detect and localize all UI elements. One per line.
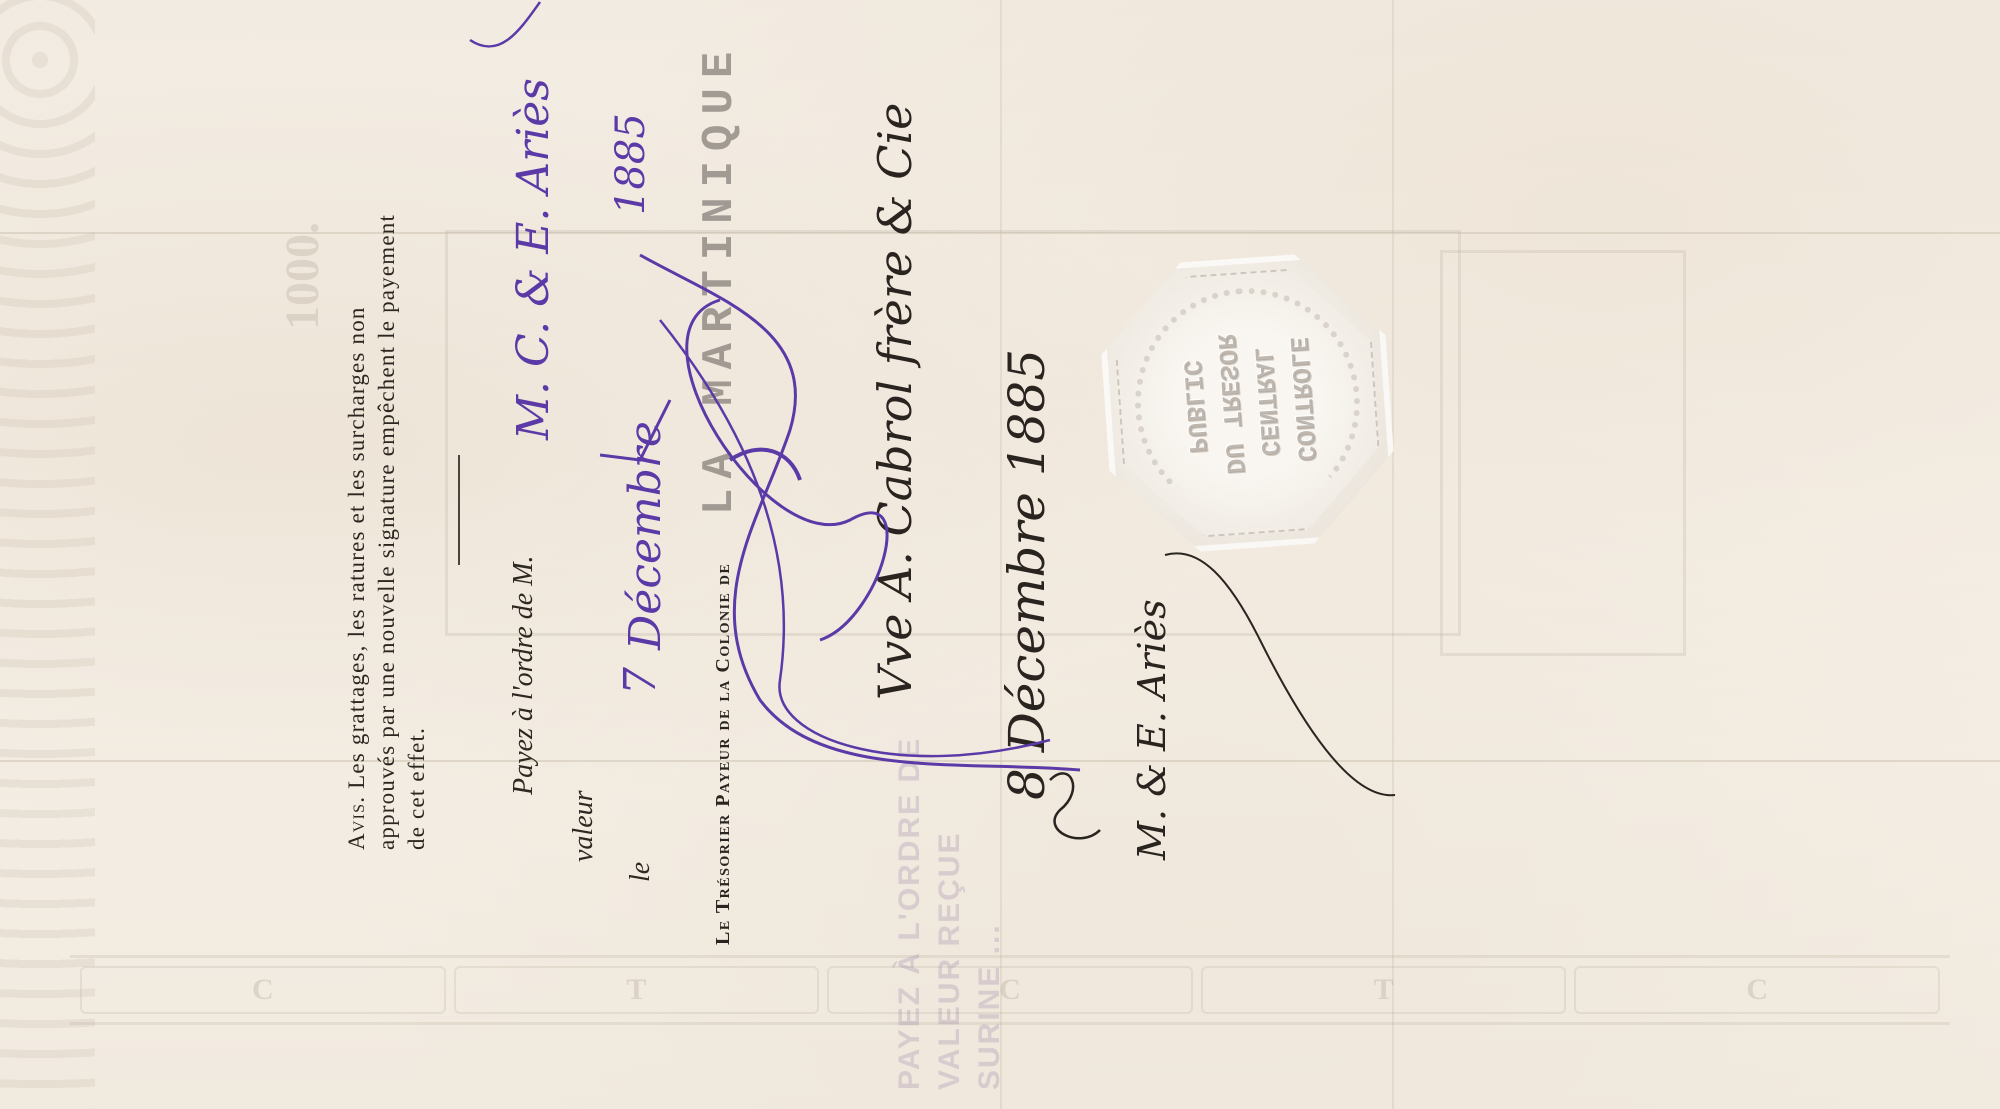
strip-cell: T [454, 966, 820, 1014]
notice-line-1: Avis. Les grattages, les ratures et les … [342, 306, 372, 850]
issuer-colony: LA MARTINIQUE [695, 42, 745, 515]
second-endorser-signature: M. & E. Ariès [1130, 599, 1174, 860]
date-year: 1885 [608, 113, 654, 215]
endorser-date: 8 Décembre 1885 [998, 349, 1056, 800]
endorser-name: Vve A. Cabrol frère & Cie [868, 103, 922, 700]
ornamental-border-left [0, 0, 95, 1109]
show-through-amount: 1000. [275, 222, 330, 330]
date-label: le [625, 862, 657, 882]
separator-rule [458, 455, 460, 565]
value-label: valeur [568, 790, 600, 862]
show-through-bottom-strip: C T C T C [70, 955, 1950, 1025]
issuer-title: Le Trésorier Payeur de la Colonie de [712, 563, 735, 945]
pay-to-label: Payez à l'ordre de M. [508, 555, 540, 795]
seal-text: CONTROLE CENTRAL DU TRESOR PUBLIC [1171, 328, 1324, 478]
faded-stamp: PAYEZ À L'ORDRE DE VALEUR REÇUE SURINE .… [890, 737, 1010, 1090]
date-month: Décembre [620, 421, 671, 650]
pay-to-value: M. C. & E. Ariès [508, 78, 559, 440]
notice-lead: Avis. [344, 796, 369, 850]
show-through-side-panel [1440, 250, 1686, 656]
strip-cell: T [1201, 966, 1567, 1014]
strip-cell: C [80, 966, 446, 1014]
notice-line-2: approuvés par une nouvelle signature emp… [372, 214, 402, 850]
notice-line-3: de cet effet. [402, 727, 432, 850]
date-day: 7 [615, 667, 666, 695]
strip-cell: C [1574, 966, 1940, 1014]
